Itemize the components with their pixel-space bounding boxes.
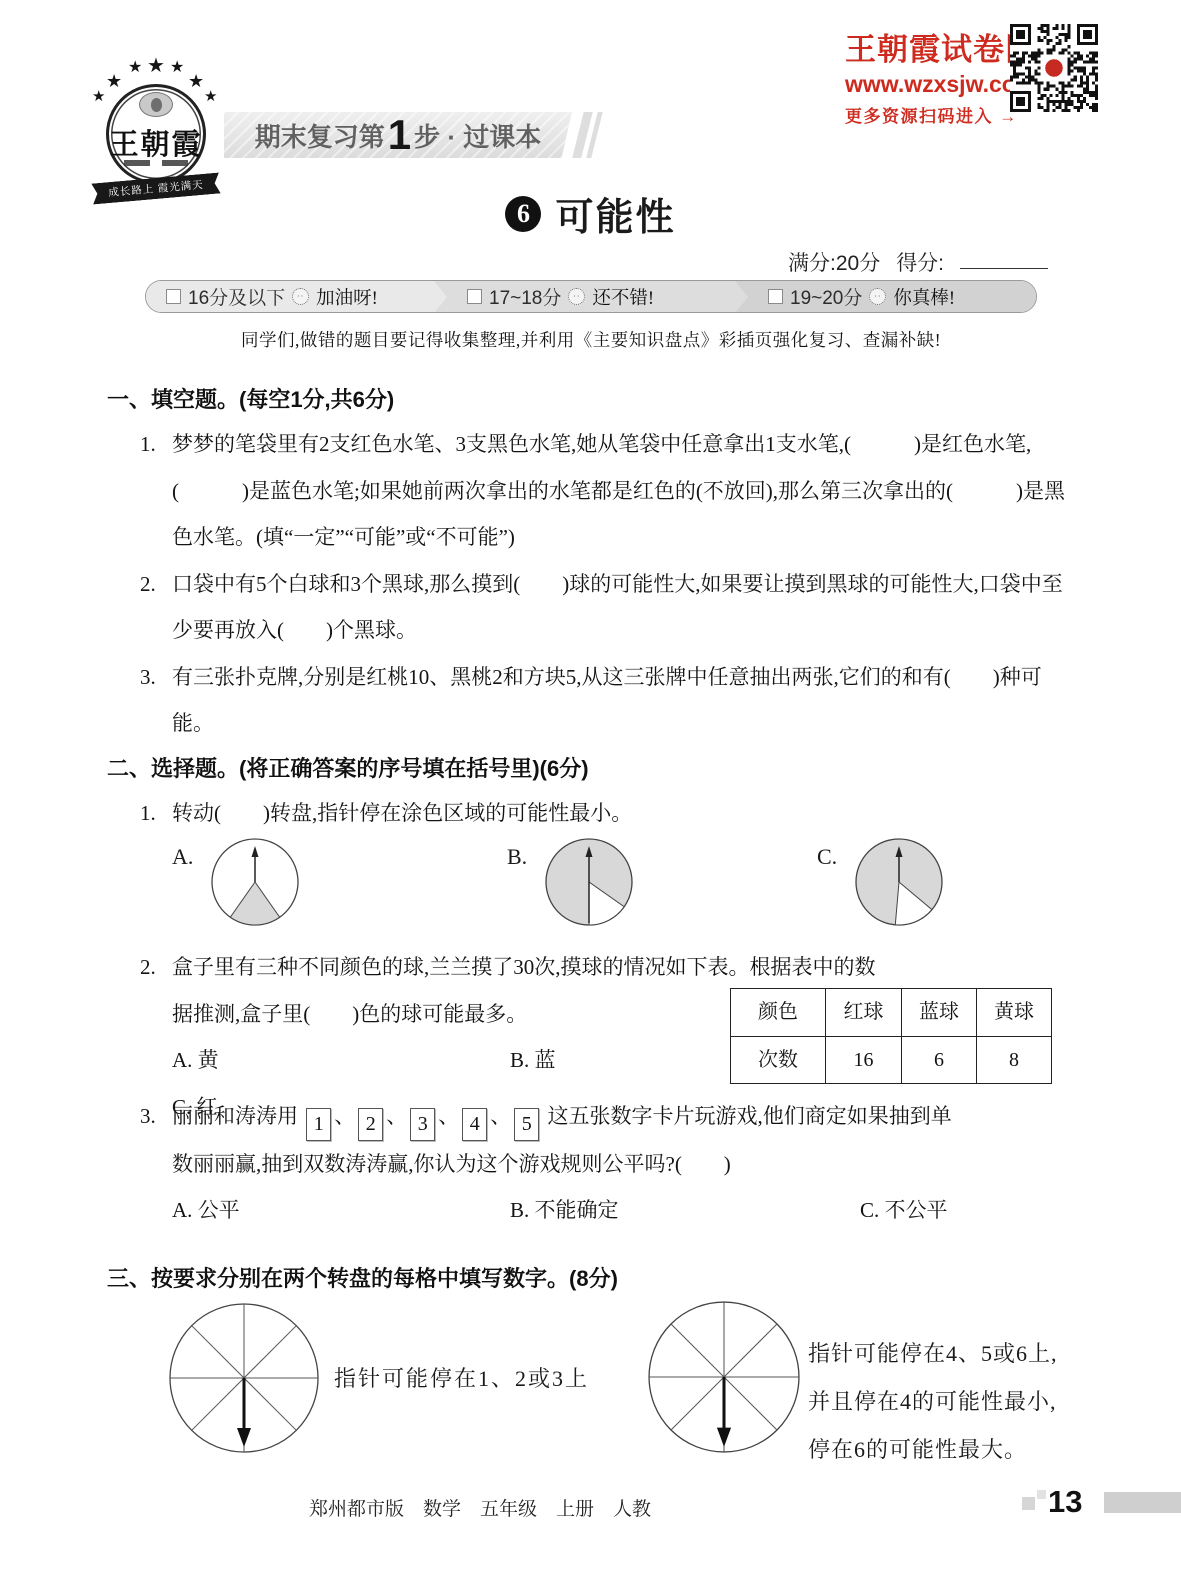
section1-items: 1. 梦梦的笔袋里有2支红色水笔、3支黑色水笔,她从笔袋中任意拿出1支水笔,( …: [140, 421, 1075, 747]
section1-heading: 一、填空题。(每空1分,共6分): [107, 383, 394, 414]
question-text-line2: 数丽丽赢,抽到双数涛涛赢,你认为这个游戏规则公平吗?( ): [140, 1141, 1075, 1188]
got-score-label: 得分:: [896, 247, 944, 277]
spinner-b: [543, 836, 635, 928]
rubric-range: 16分及以下: [188, 283, 285, 310]
rubric-praise: 还不错!: [592, 284, 654, 310]
star-icon: ★: [147, 56, 165, 76]
question-text: 转动( )转盘,指针停在涂色区域的可能性最小。: [172, 801, 632, 825]
option-a[interactable]: A. 黄: [172, 1037, 219, 1084]
great-face-icon: ··: [869, 288, 886, 305]
card-separator: 、: [490, 1104, 511, 1128]
table-row: 颜色 红球 蓝球 黄球: [731, 989, 1052, 1037]
spinner-right-caption: 指针可能停在4、5或6上, 并且停在4的可能性最小, 停在6的可能性最大。: [808, 1330, 1058, 1474]
question-text: 梦梦的笔袋里有2支红色水笔、3支黑色水笔,她从笔袋中任意拿出1支水笔,( )是红…: [172, 432, 1065, 549]
score-rubric-bar: 16分及以下 ·· 加油呀! 17~18分 ·· 还不错! 19~20分 ·· …: [145, 280, 1037, 313]
banner-step-number: 1: [388, 111, 411, 159]
question-number: 3.: [140, 654, 156, 701]
question-text: 口袋中有5个白球和3个黑球,那么摸到( )球的可能性大,如果要让摸到黑球的可能性…: [172, 572, 1063, 643]
rubric-checkbox[interactable]: [467, 289, 482, 304]
section2-heading: 二、选择题。(将正确答案的序号填在括号里)(6分): [107, 752, 589, 783]
brand-logo: ★ ★ ★ ★ ★ ★ ★ 王朝霞 成长路上 霞光满天: [90, 56, 222, 206]
digit-card: 1: [306, 1108, 331, 1141]
edition-info: 郑州都市版 数学 五年级 上册 人教: [240, 1494, 720, 1521]
portrait-icon: [139, 92, 173, 117]
site-info: 王朝霞试卷网 www.wzxsjw.com 更多资源扫码进入 →: [845, 24, 1007, 127]
choice-q3: 3. 丽丽和涛涛用 1、2、3、4、5 这五张数字卡片玩游戏,他们商定如果抽到单…: [140, 1093, 1075, 1234]
fill-question-2: 2. 口袋中有5个白球和3个黑球,那么摸到( )球的可能性大,如果要让摸到黑球的…: [140, 561, 1075, 654]
table-header-cell: 蓝球: [902, 989, 977, 1037]
digit-card: 3: [410, 1108, 435, 1141]
banner-strip: 期末复习第 1 步 · 过课本: [224, 112, 572, 158]
worksheet-page: ★ ★ ★ ★ ★ ★ ★ 王朝霞 成长路上 霞光满天 期末复习第 1 步 · …: [0, 0, 1181, 1582]
section3-heading: 三、按要求分别在两个转盘的每格中填写数字。(8分): [107, 1262, 618, 1293]
banner-suffix: 步 · 过课本: [414, 117, 541, 154]
option-b[interactable]: B. 不能确定: [510, 1187, 619, 1234]
star-icon: ★: [204, 90, 217, 105]
option-letter: C.: [817, 844, 837, 870]
rubric-segment: 19~20分 ·· 你真棒!: [748, 281, 1036, 312]
choice-q1-options: A. B. C.: [172, 836, 1075, 940]
star-icon: ★: [188, 72, 204, 90]
table-header-cell: 红球: [826, 989, 902, 1037]
page-decoration-square: [1022, 1497, 1035, 1510]
option-letter: A.: [172, 844, 193, 870]
rubric-checkbox[interactable]: [166, 289, 181, 304]
spinner-left-caption: 指针可能停在1、2或3上: [334, 1362, 589, 1393]
option-letter: B.: [507, 844, 527, 870]
question-number: 3.: [140, 1093, 156, 1140]
question-number: 2.: [140, 561, 156, 608]
rubric-checkbox[interactable]: [768, 289, 783, 304]
question-number: 1.: [140, 421, 156, 468]
table-row-label: 次数: [731, 1036, 826, 1084]
question-number: 2.: [140, 944, 156, 991]
question-text-after-cards: 这五张数字卡片玩游戏,他们商定如果抽到单: [548, 1104, 952, 1128]
question-lead: 丽丽和涛涛用: [172, 1104, 298, 1128]
option-c[interactable]: C.: [817, 836, 945, 928]
score-blank: [960, 247, 1048, 269]
question-text-line1: 盒子里有三种不同颜色的球,兰兰摸了30次,摸球的情况如下表。根据表中的数: [172, 955, 876, 979]
option-c[interactable]: C. 不公平: [860, 1187, 948, 1234]
spinner-figure-right: [645, 1298, 803, 1461]
question-text-line2: 据推测,盒子里( )色的球可能最多。: [140, 991, 740, 1038]
page-decoration-bar: [1104, 1492, 1181, 1513]
option-a[interactable]: A.: [172, 836, 301, 928]
study-tip: 同学们,做错的题目要记得收集整理,并利用《主要知识盘点》彩插页强化复习、查漏补缺…: [145, 327, 1037, 352]
rubric-segment: 16分及以下 ·· 加油呀!: [146, 281, 434, 312]
chevron-divider: [434, 281, 447, 313]
page-number: 13: [1048, 1484, 1082, 1520]
star-icon: ★: [106, 72, 122, 90]
lesson-number-badge: 6: [505, 196, 541, 232]
table-value-cell: 8: [977, 1036, 1052, 1084]
caption-line: 停在6的可能性最大。: [808, 1426, 1058, 1474]
logo-micro-text: [124, 160, 188, 166]
table-value-cell: 16: [826, 1036, 902, 1084]
chevron-divider: [735, 281, 748, 313]
rubric-praise: 你真棒!: [893, 284, 955, 310]
question-number: 1.: [140, 790, 156, 837]
option-a[interactable]: A. 公平: [172, 1187, 240, 1234]
star-icon: ★: [128, 60, 142, 76]
rubric-segment: 17~18分 ·· 还不错!: [447, 281, 735, 312]
struggling-face-icon: ··: [292, 288, 309, 305]
pointer-arrow-icon: [237, 1378, 251, 1447]
digit-card: 4: [462, 1108, 487, 1141]
table-header-cell: 颜色: [731, 989, 826, 1037]
option-b[interactable]: B. 蓝: [510, 1037, 556, 1084]
card-separator: 、: [438, 1104, 459, 1128]
lesson-title: 6 可能性: [0, 186, 1181, 241]
ball-count-table: 颜色 红球 蓝球 黄球 次数 16 6 8: [730, 988, 1052, 1084]
rubric-range: 17~18分: [489, 283, 561, 310]
scan-tip: 更多资源扫码进入 →: [845, 102, 1007, 127]
banner-prefix: 期末复习第: [255, 117, 385, 154]
full-score-label: 满分:20分: [788, 247, 880, 277]
table-header-cell: 黄球: [977, 989, 1052, 1037]
site-title: 王朝霞试卷网: [845, 24, 1007, 69]
table-row: 次数 16 6 8: [731, 1036, 1052, 1084]
star-icon: ★: [170, 60, 184, 76]
choice-q1: 1. 转动( )转盘,指针停在涂色区域的可能性最小。: [140, 790, 1075, 837]
caption-line: 指针可能停在4、5或6上,: [808, 1330, 1058, 1378]
spinner-c: [853, 836, 945, 928]
page-decoration-square: [1037, 1490, 1046, 1499]
spinner-figure-left: [166, 1300, 322, 1461]
digit-card: 2: [358, 1108, 383, 1141]
lesson-title-text: 可能性: [555, 186, 675, 241]
rubric-praise: 加油呀!: [316, 284, 378, 310]
caption-line: 并且停在4的可能性最小,: [808, 1378, 1058, 1426]
rubric-range: 19~20分: [790, 283, 862, 310]
spinner-a: [209, 836, 301, 928]
star-icon: ★: [92, 90, 105, 105]
fill-question-3: 3. 有三张扑克牌,分别是红桃10、黑桃2和方块5,从这三张牌中任意抽出两张,它…: [140, 654, 1075, 747]
score-line: 满分:20分 得分:: [788, 247, 1048, 277]
ok-face-icon: ··: [568, 288, 585, 305]
logo-name: 王朝霞: [106, 122, 206, 163]
qr-code: [1010, 24, 1098, 112]
question-text: 有三张扑克牌,分别是红桃10、黑桃2和方块5,从这三张牌中任意抽出两张,它们的和…: [172, 665, 1042, 736]
card-separator: 、: [386, 1104, 407, 1128]
option-b[interactable]: B.: [507, 836, 635, 928]
digit-card: 5: [514, 1108, 539, 1141]
fill-question-1: 1. 梦梦的笔袋里有2支红色水笔、3支黑色水笔,她从笔袋中任意拿出1支水笔,( …: [140, 421, 1075, 561]
card-separator: 、: [334, 1104, 355, 1128]
table-value-cell: 6: [902, 1036, 977, 1084]
pointer-arrow-icon: [717, 1377, 731, 1447]
site-url[interactable]: www.wzxsjw.com: [845, 71, 1007, 98]
